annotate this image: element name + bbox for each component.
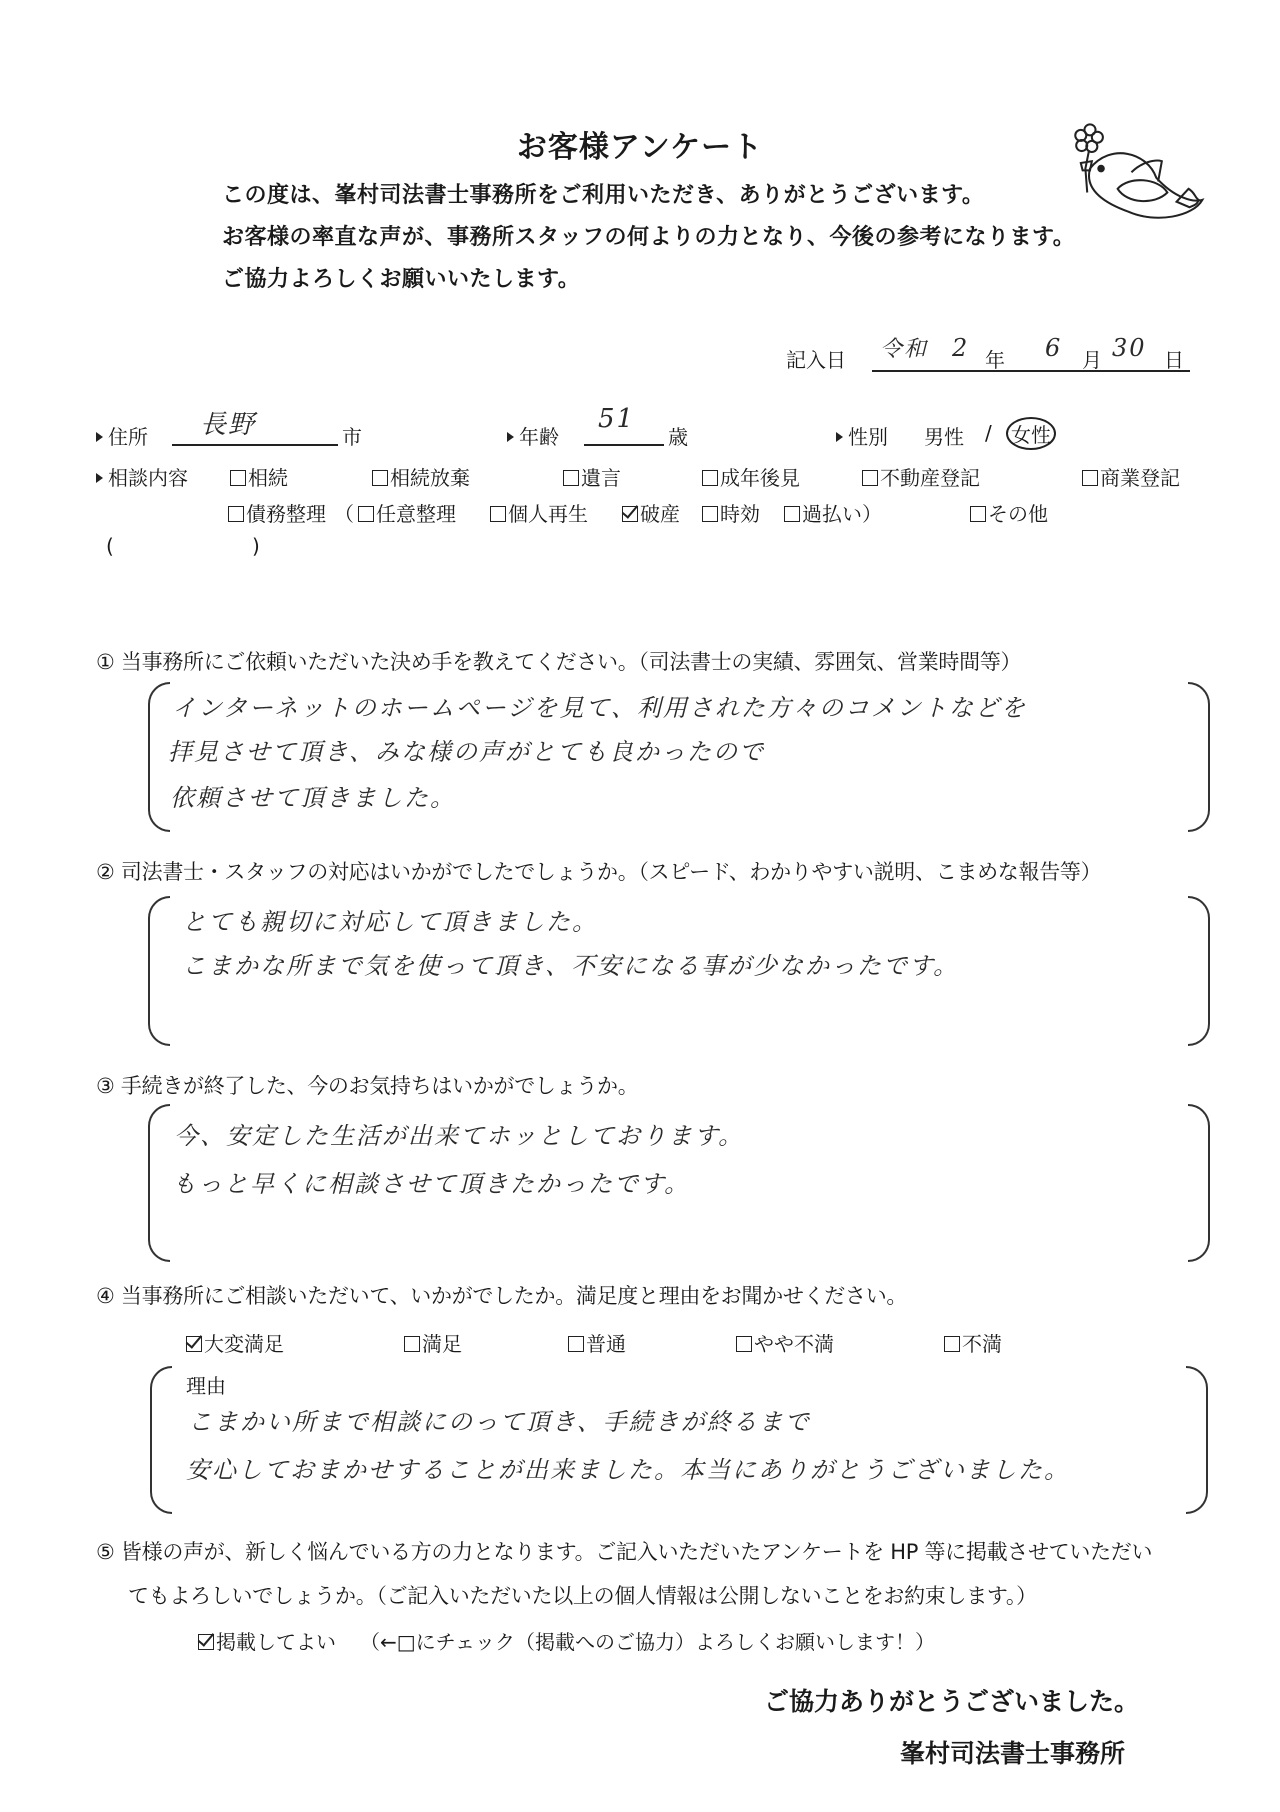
answer-box-2[interactable]: とても親切に対応して頂きました。 こまかな所まで気を使って頂き、不安になる事が少…: [148, 896, 1210, 1046]
checkbox-icon: [944, 1336, 960, 1352]
entry-date-month-unit: 月: [1082, 344, 1102, 373]
reason-label: 理由: [186, 1370, 226, 1399]
age-value: 51: [598, 404, 635, 434]
answer-box-3[interactable]: 今、安定した生活が出来てホッとしております。 もっと早くに相談させて頂きたかった…: [148, 1104, 1210, 1262]
checkbox-icon: [490, 506, 506, 522]
right-bracket: [1186, 1366, 1208, 1514]
question-5-line-2: てもよろしいでしょうか。（ご記入いただいた以上の個人情報は公開しないことをお約束…: [128, 1580, 1037, 1610]
left-bracket: [148, 1104, 170, 1262]
checkbox-bankruptcy[interactable]: 破産: [622, 498, 680, 527]
bird-with-flower-icon: [1055, 115, 1230, 235]
checkbox-statute-of-limitations[interactable]: 時効: [702, 498, 760, 527]
other-detail-field[interactable]: [118, 530, 248, 558]
question-text: 当事務所にご相談いただいて、いかがでしたか。満足度と理由をお聞かせください。: [121, 1284, 907, 1308]
address-value: 長野: [200, 404, 256, 441]
entry-date-year: 2: [952, 334, 969, 362]
left-bracket: [150, 1366, 172, 1514]
checkbox-icon: [228, 506, 244, 522]
entry-date-day: 30: [1112, 334, 1147, 362]
checkbox-icon: [358, 506, 374, 522]
bullet-triangle-icon: [836, 432, 843, 442]
bullet-triangle-icon: [96, 473, 103, 483]
question-number: ⑤: [96, 1540, 115, 1564]
checkbox-inheritance[interactable]: 相続: [230, 462, 288, 491]
question-3: ③ 手続きが終了した、今のお気持ちはいかがでしょうか。: [96, 1070, 638, 1100]
question-text: 司法書士・スタッフの対応はいかがでしたでしょうか。（スピード、わかりやすい説明、…: [121, 860, 1101, 884]
checkbox-adult-guardianship[interactable]: 成年後見: [702, 462, 800, 491]
entry-date-month: 6: [1045, 334, 1062, 362]
question-1: ① 当事務所にご依頼いただいた決め手を教えてください。（司法書士の実績、雰囲気、…: [96, 646, 1021, 676]
checkbox-icon: [372, 470, 388, 486]
answer-4-line-1: こまかい所まで相談にのって頂き、手続きが終るまで: [188, 1402, 811, 1437]
satisfaction-dissatisfied[interactable]: 不満: [944, 1328, 1002, 1357]
consultation-label: 相談内容: [108, 466, 188, 490]
address-suffix: 市: [342, 421, 362, 450]
checkbox-commercial-registration[interactable]: 商業登記: [1082, 462, 1180, 491]
satisfaction-satisfied[interactable]: 満足: [404, 1328, 462, 1357]
answer-2-line-2: こまかな所まで気を使って頂き、不安になる事が少なかったです。: [182, 946, 959, 981]
answer-box-4[interactable]: 理由 こまかい所まで相談にのって頂き、手続きが終るまで 安心しておまかせすること…: [150, 1366, 1208, 1514]
checkbox-icon: [404, 1336, 420, 1352]
checkbox-icon: [862, 470, 878, 486]
checkbox-icon: [784, 506, 800, 522]
entry-date-label: 記入日: [786, 344, 846, 373]
bullet-triangle-icon: [507, 432, 514, 442]
answer-box-1[interactable]: インターネットのホームページを見て、利用された方々のコメントなどを 拝見させて頂…: [148, 682, 1210, 832]
gender-option-male[interactable]: 男性: [924, 421, 964, 450]
age-suffix: 歳: [668, 421, 688, 450]
gender-option-female[interactable]: 女性: [1006, 417, 1056, 450]
checkbox-voluntary-arrangement[interactable]: 任意整理: [358, 498, 456, 527]
checkbox-icon: [970, 506, 986, 522]
checkbox-checked-icon: [186, 1336, 202, 1352]
question-text: 手続きが終了した、今のお気持ちはいかがでしょうか。: [121, 1074, 639, 1098]
checkbox-individual-rehabilitation[interactable]: 個人再生: [490, 498, 588, 527]
answer-3-line-2: もっと早くに相談させて頂きたかったです。: [172, 1164, 690, 1199]
question-text-line-1: 皆様の声が、新しく悩んでいる方の力となります。ご記入いただいたアンケートを HP…: [121, 1540, 1152, 1564]
thanks-message: ご協力ありがとうございました。: [764, 1682, 1139, 1718]
office-name: 峯村司法書士事務所: [900, 1734, 1125, 1770]
question-number: ①: [96, 650, 115, 674]
satisfaction-neutral[interactable]: 普通: [568, 1328, 626, 1357]
checkbox-will[interactable]: 遺言: [563, 462, 621, 491]
intro-line-1: この度は、峯村司法書士事務所をご利用いただき、ありがとうございます。: [222, 178, 984, 209]
checkbox-overpayment[interactable]: 過払い）: [784, 498, 882, 527]
intro-line-3: ご協力よろしくお願いいたします。: [222, 262, 580, 293]
address-label: 住所: [108, 425, 148, 449]
checkbox-other[interactable]: その他: [970, 498, 1048, 527]
satisfaction-somewhat-dissatisfied[interactable]: やや不満: [736, 1328, 834, 1357]
answer-1-line-1: インターネットのホームページを見て、利用された方々のコメントなどを: [172, 688, 1027, 723]
question-4: ④ 当事務所にご相談いただいて、いかがでしたか。満足度と理由をお聞かせください。: [96, 1280, 907, 1310]
checkbox-checked-icon: [622, 506, 638, 522]
checkbox-icon: [568, 1336, 584, 1352]
question-number: ②: [96, 860, 115, 884]
gender-separator: /: [985, 421, 992, 445]
gender-label-group: 性別: [836, 421, 888, 450]
left-bracket: [148, 682, 170, 832]
answer-4-line-2: 安心しておまかせすることが出来ました。本当にありがとうございました。: [186, 1450, 1070, 1485]
open-paren: （: [334, 498, 354, 527]
checkbox-icon: [563, 470, 579, 486]
answer-1-line-3: 依頼させて頂きました。: [170, 778, 456, 813]
age-label: 年齢: [519, 425, 559, 449]
intro-line-2: お客様の率直な声が、事務所スタッフの何よりの力となり、今後の参考になります。: [222, 220, 1075, 251]
entry-date-day-unit: 日: [1164, 344, 1184, 373]
checkbox-icon: [702, 470, 718, 486]
question-number: ③: [96, 1074, 115, 1098]
checkbox-icon: [230, 470, 246, 486]
checkbox-icon: [736, 1336, 752, 1352]
checkbox-debt-consolidation[interactable]: 債務整理: [228, 498, 326, 527]
left-bracket: [148, 896, 170, 1046]
consent-checkbox[interactable]: 掲載してよい: [198, 1626, 336, 1655]
other-open-paren: (: [106, 534, 114, 558]
answer-3-line-1: 今、安定した生活が出来てホッとしております。: [174, 1116, 744, 1151]
age-label-group: 年齢: [507, 421, 559, 450]
checkbox-inheritance-renunciation[interactable]: 相続放棄: [372, 462, 470, 491]
gender-label: 性別: [848, 425, 888, 449]
checkbox-icon: [1082, 470, 1098, 486]
right-bracket: [1188, 682, 1210, 832]
checkbox-real-estate-registration[interactable]: 不動産登記: [862, 462, 980, 491]
checkbox-icon: [702, 506, 718, 522]
question-text: 当事務所にご依頼いただいた決め手を教えてください。（司法書士の実績、雰囲気、営業…: [121, 650, 1021, 674]
consultation-label-group: 相談内容: [96, 462, 188, 491]
answer-1-line-2: 拝見させて頂き、みな様の声がとても良かったので: [168, 732, 765, 767]
right-bracket: [1188, 896, 1210, 1046]
question-2: ② 司法書士・スタッフの対応はいかがでしたでしょうか。（スピード、わかりやすい説…: [96, 856, 1101, 886]
entry-date-era: 令和: [880, 332, 928, 363]
address-label-group: 住所: [96, 421, 148, 450]
answer-2-line-1: とても親切に対応して頂きました。: [182, 902, 598, 937]
question-5: ⑤ 皆様の声が、新しく悩んでいる方の力となります。ご記入いただいたアンケートを …: [96, 1536, 1152, 1566]
bullet-triangle-icon: [96, 432, 103, 442]
consent-note: （←□にチェック（掲載へのご協力）よろしくお願いします！）: [360, 1626, 935, 1655]
satisfaction-very-satisfied[interactable]: 大変満足: [186, 1328, 284, 1357]
entry-date-year-unit: 年: [985, 344, 1005, 373]
right-bracket: [1188, 1104, 1210, 1262]
question-number: ④: [96, 1284, 115, 1308]
other-close-paren: ): [252, 534, 260, 558]
selected-circle-mark: 女性: [1006, 417, 1056, 450]
checkbox-checked-icon: [198, 1634, 214, 1650]
